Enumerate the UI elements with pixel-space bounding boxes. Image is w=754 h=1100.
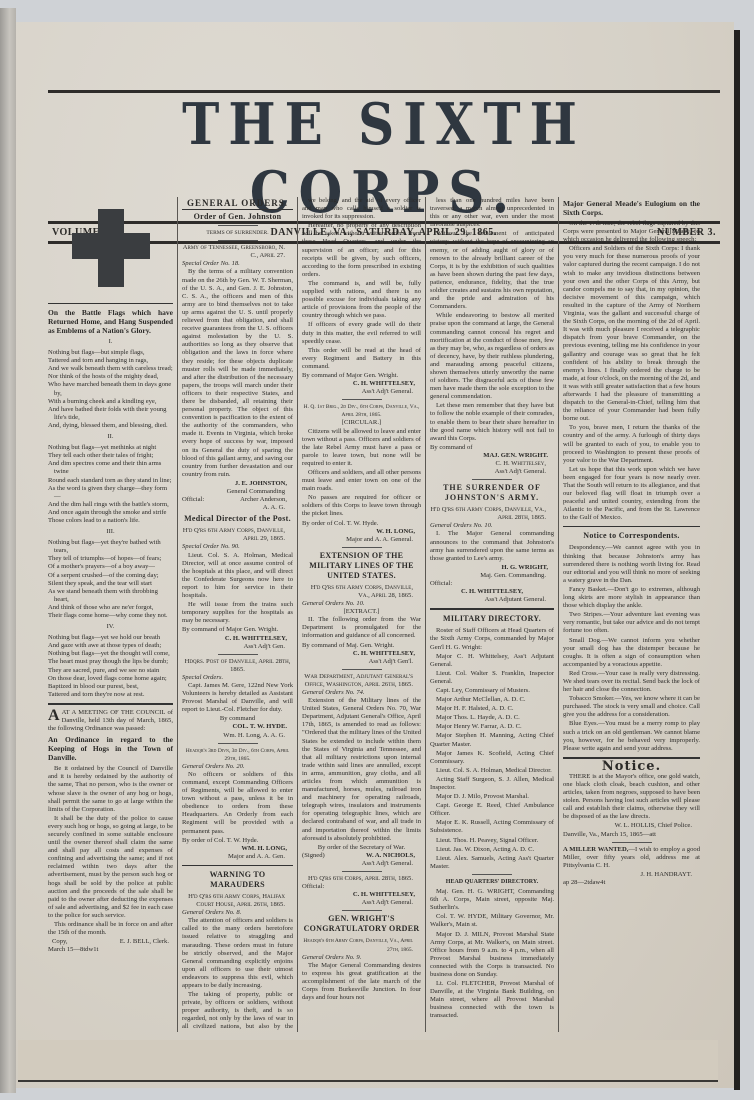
poem-line: As the word is given they charge—they fo…	[48, 485, 173, 501]
paragraph: Without the incitement of anticipated vi…	[430, 230, 554, 311]
directory-entry: Major Stephen H. Manning, Acting Chief Q…	[430, 732, 554, 748]
surrender-order-no: General Orders No. 10.	[430, 522, 554, 530]
medical-heading: H'd Q'rs 6th Army Corps, Danville, April…	[182, 527, 293, 543]
miller-title: A MILLER WANTED,	[563, 846, 628, 853]
poem-line: Nothing but flags—yet we hold our breath	[48, 634, 173, 642]
poem-line: Their flags come home—why come they not.	[48, 612, 173, 620]
war-dept-paragraphs: Extension of the Military lines of the U…	[302, 697, 421, 843]
stanza-number: IV.	[48, 623, 173, 631]
divider	[218, 240, 258, 241]
official-label: Official:	[302, 883, 421, 891]
poem-line: And think of those who are ne'er forgot,	[48, 604, 173, 612]
notice-body: THERE is at the Mayor's office, one gold…	[563, 773, 700, 822]
drop-cap: A	[48, 709, 60, 723]
war-dept-signer-title: Ass't Adj't General.	[302, 860, 421, 868]
divider	[342, 871, 382, 872]
medical-by-command: By command of Major Gen. Wright.	[182, 626, 293, 634]
marauders-continued: we belong, and the aid of every officer …	[302, 197, 421, 371]
column-2: GENERAL ORDERS. Order of Gen. Johnston T…	[178, 197, 298, 1032]
extract-label: [EXTRACT.]	[302, 608, 421, 616]
directory-entry: Major C. H. Whittelsey, Ass't Adjutant G…	[430, 653, 554, 669]
notice-date: Danville, Va., March 15, 1865—att	[563, 831, 700, 839]
paragraph: No officers or soldiers of this command,…	[182, 771, 293, 836]
general-orders-header: GENERAL ORDERS.	[182, 199, 293, 207]
paragraph: I. The Major General commanding announce…	[430, 530, 554, 562]
paragraph: If officers of every grade will do their…	[302, 321, 421, 345]
official-title: A. A. G.	[182, 504, 293, 512]
poem-line: They are sacred, pure, and we see no sta…	[48, 667, 173, 675]
extension-signer: C. H. WHITTELSEY,	[302, 650, 421, 658]
extension-signer-title: Ass't Adj't Gen'l.	[302, 658, 421, 666]
column-5: Major General Meade's Eulogium on the Si…	[559, 197, 704, 1032]
ordinance-title: An Ordinance in regard to the Keeping of…	[48, 735, 173, 762]
book-edge	[734, 30, 740, 1090]
post-by-command: By command	[182, 715, 293, 723]
poem-line: Round each standard torn as they stand i…	[48, 477, 173, 485]
directory-entry: Major Arthur McClellan, A. D. C.	[430, 696, 554, 704]
johnston-order-title: Order of Gen. Johnston	[182, 212, 293, 222]
circular-signer: W. H. LONG,	[302, 528, 421, 536]
surrender-official-title: Ass't Adjutant General.	[430, 596, 554, 604]
paragraph: less than one hundred miles have been tr…	[430, 197, 554, 229]
paragraph: Officers and Soldiers of the Sixth Corps…	[563, 245, 700, 423]
poem-line: They tell each other their tales of frig…	[48, 452, 173, 460]
marauders-order-no: General Orders No. 8.	[182, 909, 293, 917]
directory-entry: Maj. Gen. H. G. WRIGHT, Commanding 6th A…	[430, 888, 554, 912]
official-signer-title: Ass't Adj't General.	[302, 899, 421, 907]
stanza-number: I.	[48, 338, 173, 346]
stanza-number: II.	[48, 433, 173, 441]
columns: On the Battle Flags which have Returned …	[44, 197, 716, 1032]
column-3: we belong, and the aid of every officer …	[298, 197, 426, 1032]
medical-order-no: Special Order No. 90.	[182, 543, 293, 551]
paragraph: Hereafter, no property of any descriptio…	[302, 222, 421, 279]
divider	[430, 608, 554, 610]
directory-entry: Major D. J. MILN, Provost Marshal State …	[430, 931, 554, 980]
post-order-no: Special Orders.	[182, 674, 293, 682]
c3-signer-title: Ass't Adj't General.	[302, 388, 421, 396]
extension-paragraphs: II. The following order from the War Dep…	[302, 616, 421, 640]
column-4: less than one hundred miles have been tr…	[426, 197, 559, 1032]
column-1: On the Battle Flags which have Returned …	[44, 197, 178, 1032]
poem: I.Nothing but flags—but simple flags,Tat…	[48, 338, 173, 699]
congrats-continued: less than one hundred miles have been tr…	[430, 197, 554, 443]
poem-line: With a burning cheek and a kindling eye,	[48, 398, 173, 406]
surrender-signer: H. G. WRIGHT,	[430, 564, 554, 572]
divider	[342, 399, 382, 400]
meade-paragraphs: On the 17th inst., the rebel flags captu…	[563, 220, 700, 522]
congrats-heading: Headqr's 6th Army Corps, Danville, Va., …	[302, 937, 421, 953]
clerk-signature: E. J. BELL, Clerk.	[120, 938, 169, 946]
poem-line: Baptized in blood our purest, best,	[48, 683, 173, 691]
johnston-signer: J. E. JOHNSTON,	[182, 480, 293, 488]
stanza-number: III.	[48, 528, 173, 536]
poem-line: And the dim hall rings with the battle's…	[48, 501, 173, 509]
ordinance-date: March 15—8tdw1t	[48, 946, 173, 954]
johnston-signer-title: General Commanding	[182, 488, 293, 496]
division-signer-title: Major and A. A. Gen.	[182, 853, 293, 861]
official-heading: H'd Q'rs 6th Corps, April 28th, 1865.	[302, 875, 421, 883]
directory-entry: Major Henry W. Farrar, A. D. C.	[430, 723, 554, 731]
medical-director-title: Medical Director of the Post.	[182, 514, 293, 524]
correspondent-reply: Blue Eyes.—You must be a merry romp to p…	[563, 720, 700, 752]
poem-line: And gaze with awe at those types of deat…	[48, 642, 173, 650]
poem-line: As we stand beneath them with throbbing …	[48, 588, 173, 604]
ordinance: AAT A MEETING OF THE COUNCIL of Danville…	[48, 709, 173, 954]
miller-date: ap 28—2tdaw4t	[563, 879, 700, 887]
congrats-paragraphs: The Major General Commanding desires to …	[302, 962, 421, 1002]
divider	[342, 669, 382, 670]
divider	[218, 654, 258, 655]
circular-signer-title: Major and A. A. General.	[302, 536, 421, 544]
paragraph: Extension of the Military lines of the U…	[302, 697, 421, 843]
division-paragraphs: No officers or soldiers of this command,…	[182, 771, 293, 836]
divider	[182, 865, 293, 866]
poem-line: Who have marched beneath them in days go…	[48, 381, 173, 397]
paragraph: The command is, and will be, fully suppl…	[302, 280, 421, 320]
hq-directory-title: HEAD QUARTERS' DIRECTORY.	[430, 878, 554, 886]
post-paragraphs: Capt. James M. Gere, 122nd New York Volu…	[182, 682, 293, 714]
paragraph: This ordinance shall be in force on and …	[48, 921, 173, 937]
poem-line: Silent they speak, and the tear will sta…	[48, 580, 173, 588]
hq-directory-entries: Maj. Gen. H. G. WRIGHT, Commanding 6th A…	[430, 888, 554, 1021]
poem-line: And once again through the smoke and str…	[48, 509, 173, 517]
poem-line: On those dear, loved flags come home aga…	[48, 675, 173, 683]
congrats-title: GEN. WRIGHT'S CONGRATULATORY ORDER	[302, 914, 421, 934]
directory-entry: Lt. Col. FLETCHER, Provost Marshal of Da…	[430, 980, 554, 1020]
poem-line: The heart must pray though the lips be d…	[48, 658, 173, 666]
c4-signer2: C. H. Whittelsey,	[430, 460, 554, 468]
surrender-official-name: C. H. WHITTELSEY,	[430, 588, 554, 596]
divider	[472, 874, 512, 875]
divider	[472, 479, 512, 480]
poem-line: Nor think of the hosts of the mighty dea…	[48, 373, 173, 381]
marauders-heading: H'd Q'rs 6th Army Corps, Halifax Court H…	[182, 893, 293, 909]
ordinance-intro: AT A MEETING OF THE COUNCIL of Danville,…	[48, 709, 173, 732]
divider	[218, 225, 258, 226]
poem-line: And have bathed their folds with their y…	[48, 406, 173, 422]
directory-entry: Capt. Ley, Commissary of Musters.	[430, 687, 554, 695]
paragraph: It shall be the duty of the police to ca…	[48, 815, 173, 920]
war-dept-heading: War Department, Adjutant General's Offic…	[302, 673, 421, 689]
poem-line: Nothing but flags—yet methinks at night	[48, 444, 173, 452]
johnston-paragraphs: By the terms of a military convention ma…	[182, 268, 293, 478]
correspondent-reply: Two Stripes.—Your adventure last evening…	[563, 611, 700, 635]
copy-label: Copy,	[52, 938, 68, 946]
war-dept-signer: W. A. NICHOLS,	[366, 852, 415, 860]
war-dept-order-no: General Orders No. 74.	[302, 689, 421, 697]
paragraph: The Major General Commanding desires to …	[302, 962, 421, 1002]
medical-signer-title: Ass't Adj't Gen.	[182, 643, 293, 651]
poem-line: Nothing but flags—yet they're bathed wit…	[48, 539, 173, 555]
paragraph: No passes are required for officer or so…	[302, 494, 421, 518]
directory-entry: Col. T. W. HYDE, Military Governor, Mr. …	[430, 913, 554, 929]
extension-heading: H'd Q'rs 6th Army Corps, Danville, Va., …	[302, 584, 421, 600]
paragraph: Lieut. Col. S. A. Holman, Medical Direct…	[182, 552, 293, 601]
surrender-signer-title: Maj. Gen. Commanding.	[430, 572, 554, 580]
congrats-order-no: General Orders No. 9.	[302, 954, 421, 962]
correspondent-reply: Tobacco Smoker.—Yes, we know where it ca…	[563, 695, 700, 719]
divider	[612, 842, 652, 843]
official-label: Official:	[182, 496, 204, 504]
c4-by-command: By command of	[430, 444, 554, 452]
directory-entry: Major E. K. Russell, Acting Commissary o…	[430, 819, 554, 835]
post-signer-title: Wm. H. Long, A. A. G.	[182, 732, 293, 740]
poem-line: And dim spectres come and their thin arm…	[48, 460, 173, 476]
c4-signer: MAJ. GEN. WRIGHT.	[430, 452, 554, 460]
directory-entry: Major D. J. Milo, Provost Marshal.	[430, 793, 554, 801]
poem-line: Tattered and torn and hanging in rags,	[48, 357, 173, 365]
correspondent-reply: Small Dog.—We cannot inform you whether …	[563, 637, 700, 669]
paragraph: While endeavoring to bestow all merited …	[430, 312, 554, 401]
marauders-paragraphs: The attention of officers and soldiers i…	[182, 917, 293, 1032]
divider	[48, 703, 173, 705]
directory-entry: Lieut. Thos. H. Peavey, Signal Officer.	[430, 837, 554, 845]
divider	[563, 526, 700, 527]
extension-by-command: By command of Maj. Gen. Wright.	[302, 642, 421, 650]
c4-signer-title: Ass't Adj't General.	[430, 468, 554, 476]
notice-signer: W. L. HOLLIS, Chief Police.	[563, 822, 700, 830]
divider	[48, 303, 173, 304]
extension-title: EXTENSION OF THE MILITARY LINES OF THE U…	[302, 551, 421, 581]
c3-by-command: By command of Major Gen. Wright.	[302, 372, 421, 380]
poem-title: On the Battle Flags which have Returned …	[48, 308, 173, 335]
paragraph: II. The following order from the War Dep…	[302, 616, 421, 640]
military-directory-title: MILITARY DIRECTORY.	[430, 614, 554, 624]
extension-order-no: General Orders No. 10.	[302, 600, 421, 608]
medical-paragraphs: Lieut. Col. S. A. Holman, Medical Direct…	[182, 552, 293, 626]
paragraph: Citizens will be allowed to leave and en…	[302, 428, 421, 468]
post-heading: Hdqrs. Post of Danville, April 28th, 186…	[182, 658, 293, 674]
meade-title: Major General Meade's Eulogium on the Si…	[563, 199, 700, 217]
post-signer: COL. T. W. HYDE.	[182, 723, 293, 731]
correspondent-reply: Red Cross.—Your case is really very dist…	[563, 670, 700, 694]
poem-line: Tattered and torn they're now at rest.	[48, 691, 173, 699]
c3-signer: C. H. WHITTELSEY,	[302, 380, 421, 388]
paragraph: we belong, and the aid of every officer …	[302, 197, 421, 221]
directory-entry: Acting Staff Surgeon, S. J. Allen, Medic…	[430, 776, 554, 792]
poem-line: They tell of triumphs—of hopes—of fears;	[48, 555, 173, 563]
directory-entry: Major H. F. Halsted, A. D. C.	[430, 705, 554, 713]
correspondents-title: Notice to Correspondents.	[563, 531, 700, 541]
directory-entries: Major C. H. Whittelsey, Ass't Adjutant G…	[430, 653, 554, 871]
greek-cross-icon	[72, 209, 150, 287]
johnston-heading: Army of Tennessee, Greensboro, N. C., Ap…	[182, 244, 293, 260]
paragraph: Capt. James M. Gere, 122nd New York Volu…	[182, 682, 293, 714]
johnston-order-no: Special Order No. 18.	[182, 260, 293, 268]
marauders-title: WARNING TO MARAUDERS	[182, 870, 293, 890]
directory-entry: Major James K. Scofield, Acting Chief Co…	[430, 750, 554, 766]
poem-line: Of a mother's prayers—of a boy away—	[48, 563, 173, 571]
surrender-paragraphs: I. The Major General commanding announce…	[430, 530, 554, 562]
surrender-title: THE SURRENDER OF JOHNSTON'S ARMY.	[430, 483, 554, 503]
surrender-official-label: Official:	[430, 580, 554, 588]
paragraph: Officers and soldiers, and all other per…	[302, 469, 421, 493]
circular-heading: H. Q. 1st Brig., 2d Div., 6th Corps, Dan…	[302, 403, 421, 419]
poem-line: And we walk beneath them with careless t…	[48, 365, 173, 373]
divider	[182, 209, 293, 210]
division-order-no: General Orders No. 20.	[182, 763, 293, 771]
divider	[342, 547, 382, 548]
divider	[218, 743, 258, 744]
circular-paragraphs: Citizens will be allowed to leave and en…	[302, 428, 421, 519]
circular-label: [CIRCULAR.]	[302, 419, 421, 427]
ordinance-paragraphs: Be it ordained by the Council of Danvill…	[48, 765, 173, 937]
division-by-order: By order of Col. T. W. Hyde.	[182, 837, 293, 845]
official-signer: C. H. WHITTELSEY,	[302, 891, 421, 899]
terms-heading: TERMS OF SURRENDER.	[182, 229, 293, 237]
correspondent-reply: Fancy Basket.—Don't go to extremes, alth…	[563, 586, 700, 610]
correspondents-paragraphs: Despondency.—We cannot agree with you in…	[563, 544, 700, 752]
directory-entry: Lieut. Col. Walter S. Franklin, Inspecto…	[430, 670, 554, 686]
poem-line: Nothing but flags—yet the thought will c…	[48, 650, 173, 658]
paragraph: Let these men remember that they have bu…	[430, 402, 554, 442]
directory-entry: Capt. George E. Reed, Chief Ambulance Of…	[430, 802, 554, 818]
poem-line: Nothing but flags—but simple flags,	[48, 349, 173, 357]
paragraph: The taking of property, public or privat…	[182, 991, 293, 1032]
paragraph: On the 17th inst., the rebel flags captu…	[563, 220, 700, 244]
signed-label: (Signed)	[302, 852, 325, 860]
divider	[342, 910, 382, 911]
paragraph: Be it ordained by the Council of Danvill…	[48, 765, 173, 814]
directory-intro: Roster of Staff Officers at Head Quarter…	[430, 627, 554, 651]
war-dept-by-order: By order of the Secretary of War.	[302, 844, 421, 852]
poem-line: And, dying, blessed them, and blessing, …	[48, 422, 173, 430]
directory-entry: Major Thos. L. Hayde, A. D. C.	[430, 714, 554, 722]
medical-signer: C. H. WHITTELSEY,	[182, 635, 293, 643]
directory-entry: Lieut. Alex. Samuels, Acting Ass't Quart…	[430, 855, 554, 871]
division-heading: Headqr's 3rd Divn, 3d Div., 6th Corps, A…	[182, 747, 293, 763]
directory-entry: Lieut. Col. S. A. Holman, Medical Direct…	[430, 767, 554, 775]
paragraph: By the terms of a military convention ma…	[182, 268, 293, 478]
notice-title: Notice.	[563, 763, 700, 771]
paragraph: He will issue from the trains such tempo…	[182, 601, 293, 625]
paragraph: The attention of officers and soldiers i…	[182, 917, 293, 990]
paragraph: This order will be read at the head of e…	[302, 347, 421, 371]
surrender-heading: H'd Q'rs 6th Army Corps, Danville, Va., …	[430, 506, 554, 522]
paragraph: Let us hope that this work upon which we…	[563, 466, 700, 523]
correspondent-reply: Despondency.—We cannot agree with you in…	[563, 544, 700, 584]
paragraph: To you, brave men, I return the thanks o…	[563, 424, 700, 464]
directory-entry: Lieut. Jas. W. Dixon, Acting A. D. C.	[430, 846, 554, 854]
book-binding	[0, 8, 16, 1093]
poem-line: Of a serpent crushed—of the coming day;	[48, 572, 173, 580]
division-signer: WM. H. LONG,	[182, 845, 293, 853]
circular-by-order: By order of Col. T. W. Hyde.	[302, 520, 421, 528]
official-name: Archer Anderson,	[240, 496, 287, 504]
poem-line: Those colors lead to a nation's life.	[48, 517, 173, 525]
miller-signer: J. H. HANDRAYT.	[563, 871, 700, 879]
page-bottom-edge	[18, 1040, 718, 1082]
